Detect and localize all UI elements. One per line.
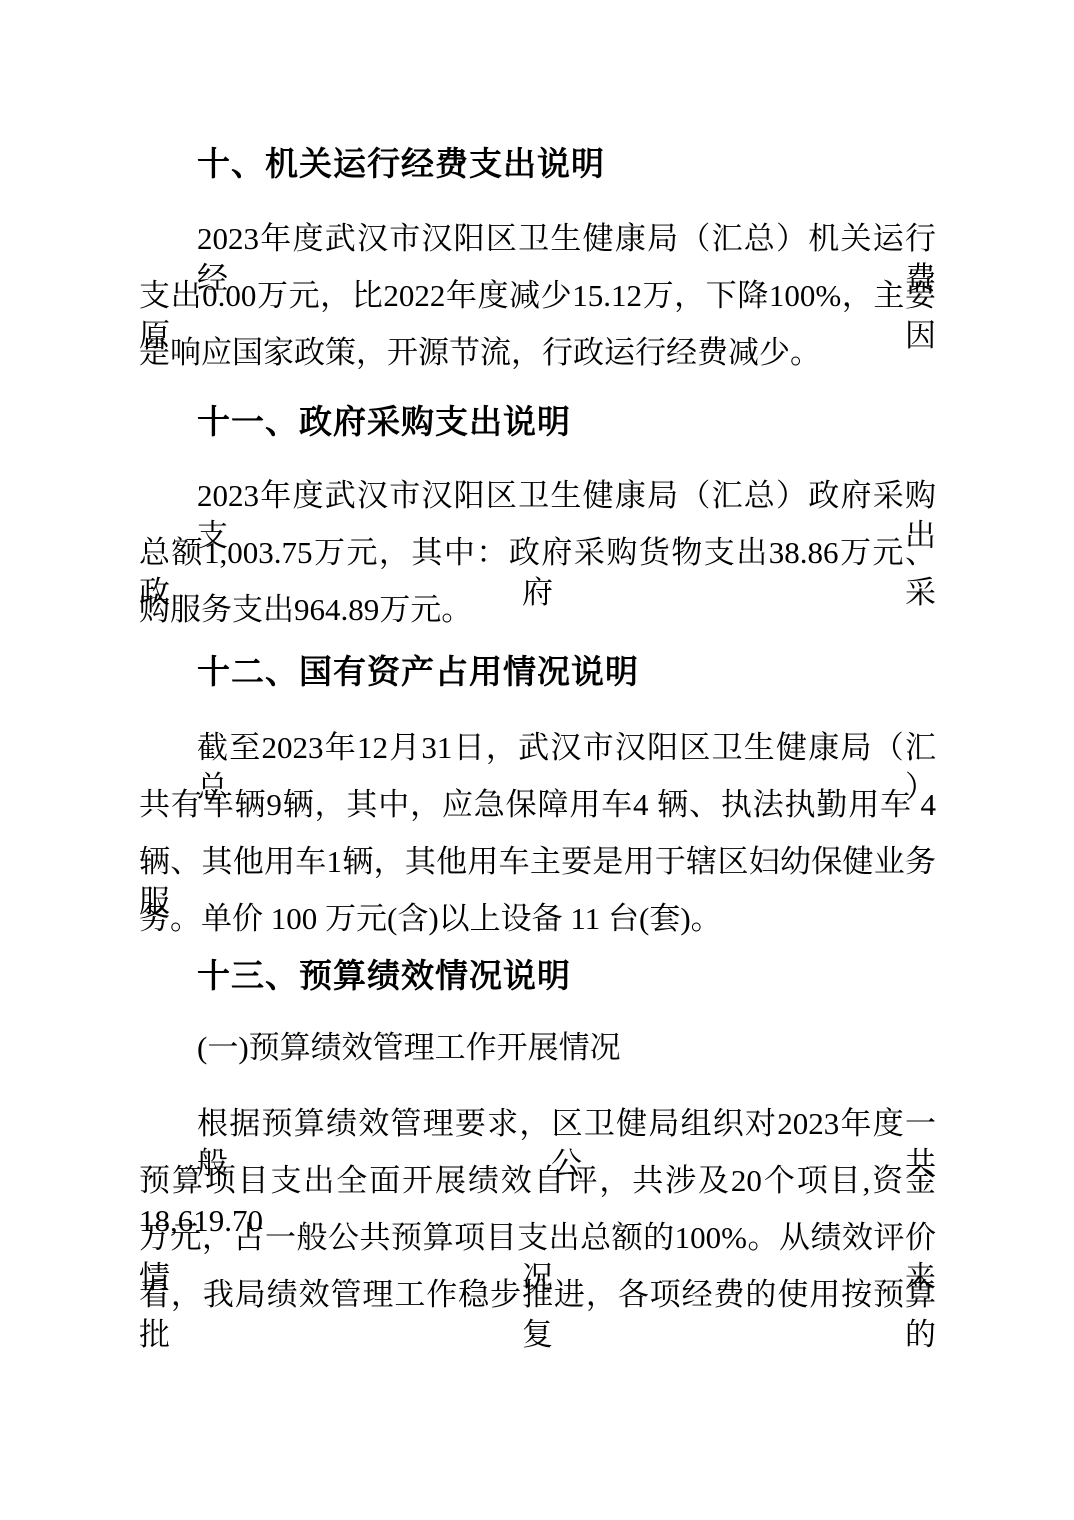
document-page: 十、机关运行经费支出说明 2023年度武汉市汉阳区卫生健康局（汇总）机关运行经费… bbox=[0, 0, 1074, 1520]
paragraph-line: 务。单价 100 万元(含)以上设备 11 台(套)。 bbox=[139, 899, 722, 939]
section-heading-10: 十、机关运行经费支出说明 bbox=[197, 144, 605, 184]
paragraph-line: 是响应国家政策，开源节流，行政运行经费减少。 bbox=[139, 333, 821, 373]
section-heading-13: 十三、预算绩效情况说明 bbox=[197, 956, 571, 996]
section-heading-12: 十二、国有资产占用情况说明 bbox=[197, 652, 639, 692]
subsection-heading: (一)预算绩效管理工作开展情况 bbox=[197, 1028, 621, 1068]
section-heading-11: 十一、政府采购支出说明 bbox=[197, 402, 571, 442]
paragraph-line: 看，我局绩效管理工作稳步推进，各项经费的使用按预算批复的 bbox=[139, 1275, 936, 1355]
paragraph-line: 共有车辆9辆，其中，应急保障用车4 辆、执法执勤用车 4 bbox=[139, 785, 936, 825]
paragraph-line: 购服务支出964.89万元。 bbox=[139, 590, 472, 630]
